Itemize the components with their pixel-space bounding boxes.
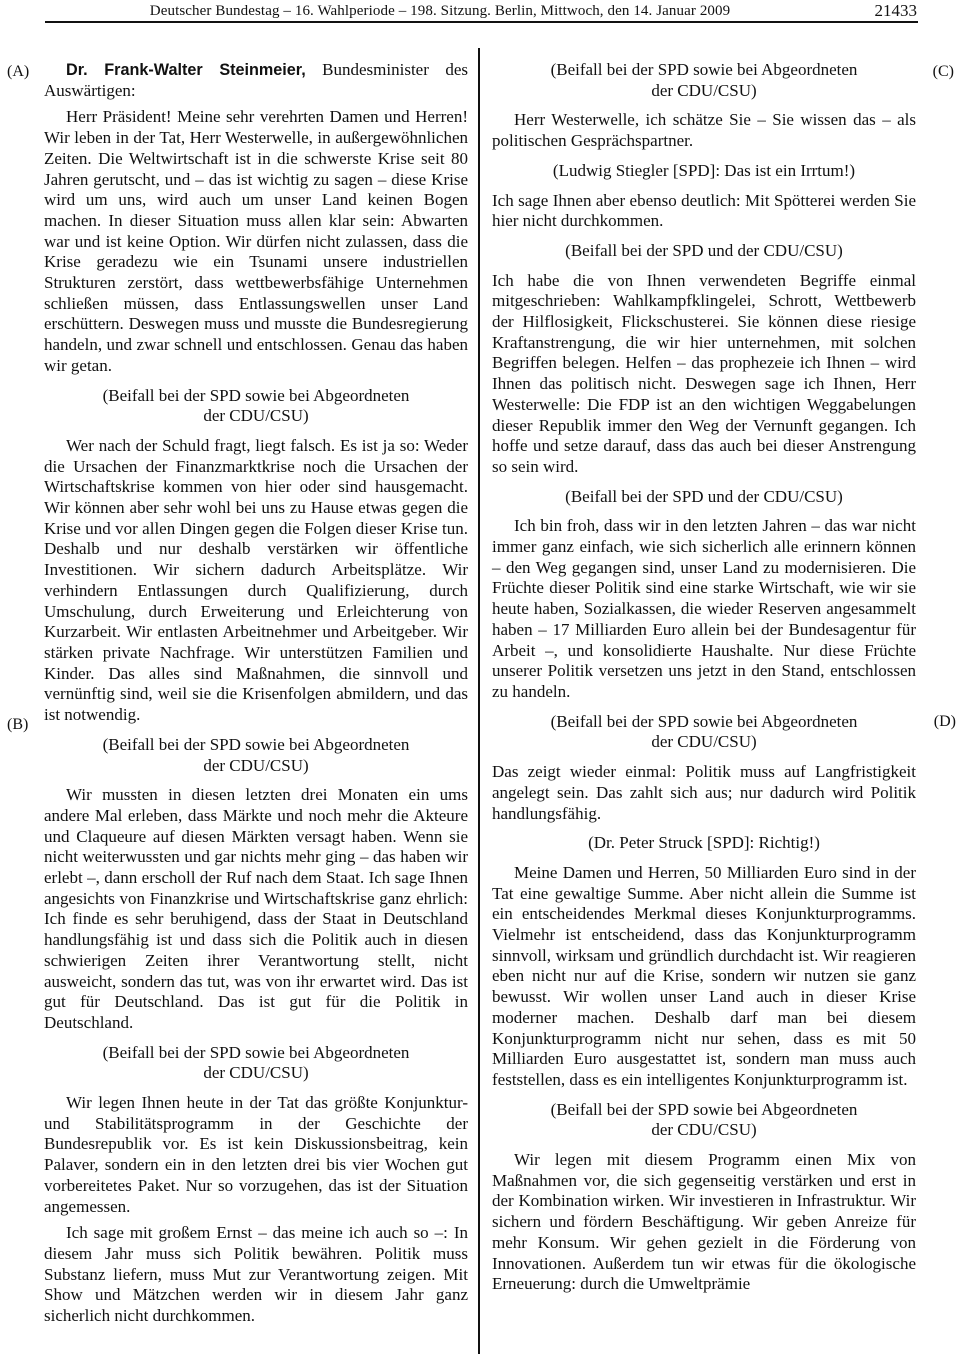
speaker-name: Dr. Frank-Walter Steinmeier, (66, 61, 306, 79)
paragraph: Wir legen Ihnen heute in der Tat das grö… (44, 1093, 468, 1217)
column-marker-a: (A) (7, 63, 29, 81)
paragraph: Herr Präsident! Meine sehr verehrten Dam… (44, 107, 468, 376)
protocol-page: Deutscher Bundestag – 16. Wahlperiode – … (0, 0, 960, 1354)
interjection: (Dr. Peter Struck [SPD]: Richtig!) (492, 833, 916, 854)
column-marker-d: (D) (934, 713, 956, 731)
paragraph: Das zeigt wieder einmal: Politik muss au… (492, 762, 916, 824)
paragraph: Herr Westerwelle, ich schätze Sie – Sie … (492, 110, 916, 151)
paragraph: Ich habe die von Ihnen verwendeten Begri… (492, 271, 916, 478)
left-text-column: Dr. Frank-Walter Steinmeier, Bundesminis… (44, 60, 468, 1333)
running-head-title: Deutscher Bundestag – 16. Wahlperiode – … (45, 3, 835, 20)
interjection: (Beifall bei der SPD sowie bei Abgeordne… (44, 735, 468, 776)
interjection: (Ludwig Stiegler [SPD]: Das ist ein Irrt… (492, 161, 916, 182)
paragraph: Wer nach der Schuld fragt, liegt falsch.… (44, 436, 468, 726)
interjection: (Beifall bei der SPD sowie bei Abgeordne… (44, 386, 468, 427)
interjection: (Beifall bei der SPD sowie bei Abgeordne… (492, 712, 916, 753)
interjection: (Beifall bei der SPD sowie bei Abgeordne… (44, 1043, 468, 1084)
paragraph: Ich sage mit großem Ernst – das meine ic… (44, 1223, 468, 1327)
paragraph: Meine Damen und Herren, 50 Milliarden Eu… (492, 863, 916, 1091)
paragraph: Ich sage Ihnen aber ebenso deutlich: Mit… (492, 191, 916, 232)
interjection: (Beifall bei der SPD und der CDU/CSU) (492, 241, 916, 262)
paragraph: Wir legen mit diesem Programm einen Mix … (492, 1150, 916, 1295)
interjection: (Beifall bei der SPD sowie bei Abgeordne… (492, 1100, 916, 1141)
page-number: 21433 (875, 1, 918, 21)
paragraph: Ich bin froh, dass wir in den letzten Ja… (492, 516, 916, 702)
paragraph: Wir mussten in diesen letzten drei Monat… (44, 785, 468, 1033)
column-divider (478, 48, 480, 1354)
header-rule (45, 21, 918, 23)
interjection: (Beifall bei der SPD und der CDU/CSU) (492, 487, 916, 508)
column-marker-b: (B) (7, 716, 28, 734)
interjection: (Beifall bei der SPD sowie bei Abgeordne… (492, 60, 916, 101)
column-marker-c: (C) (933, 63, 954, 81)
speaker-paragraph: Dr. Frank-Walter Steinmeier, Bundesminis… (44, 60, 468, 101)
right-text-column: (Beifall bei der SPD sowie bei Abgeordne… (492, 60, 916, 1301)
